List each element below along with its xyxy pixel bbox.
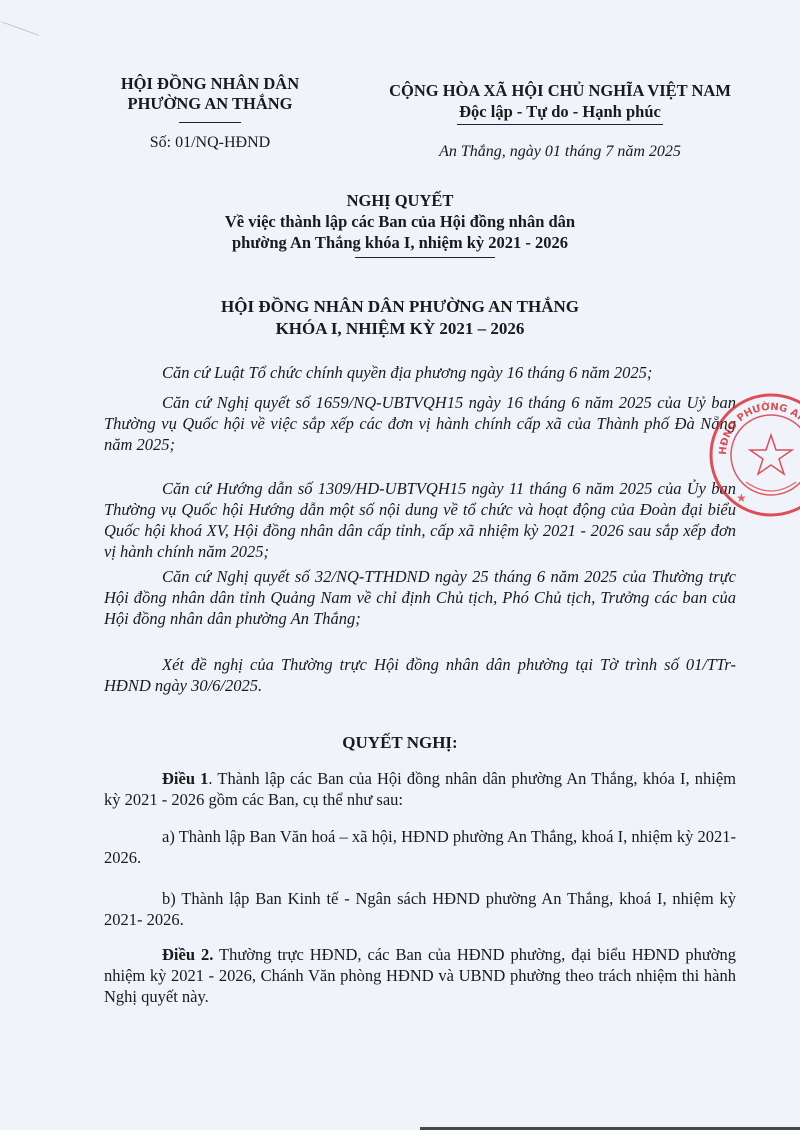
preamble-1: Căn cứ Luật Tổ chức chính quyền địa phươ… xyxy=(104,362,736,383)
authority-line1: HỘI ĐỒNG NHÂN DÂN xyxy=(110,74,310,94)
article-1-item-b: b) Thành lập Ban Kinh tế - Ngân sách HĐN… xyxy=(104,888,736,930)
place-date: An Thắng, ngày 01 tháng 7 năm 2025 xyxy=(370,141,750,162)
council-line2: KHÓA I, NHIỆM KỲ 2021 – 2026 xyxy=(150,318,650,340)
preamble-2: Căn cứ Nghị quyết số 1659/NQ-UBTVQH15 ng… xyxy=(104,392,736,455)
authority-underline xyxy=(179,122,241,123)
article-1-item-a: a) Thành lập Ban Văn hoá – xã hội, HĐND … xyxy=(104,826,736,868)
svg-text:★: ★ xyxy=(736,491,747,505)
resolve-heading: QUYẾT NGHỊ: xyxy=(150,733,650,753)
scan-artifact xyxy=(1,21,39,36)
title-underline xyxy=(355,257,495,258)
article-1: Điều 1. Thành lập các Ban của Hội đồng n… xyxy=(104,768,736,810)
preamble-4: Căn cứ Nghị quyết số 32/NQ-TTHDND ngày 2… xyxy=(104,566,736,629)
article-2: Điều 2. Thường trực HĐND, các Ban của HĐ… xyxy=(104,944,736,1007)
nation-name: CỘNG HÒA XÃ HỘI CHỦ NGHĨA VIỆT NAM xyxy=(370,80,750,101)
document-page: HỘI ĐỒNG NHÂN DÂN PHƯỜNG AN THẮNG Số: 01… xyxy=(0,0,800,1130)
article-2-label: Điều 2. xyxy=(162,945,213,964)
issuing-authority: HỘI ĐỒNG NHÂN DÂN PHƯỜNG AN THẮNG Số: 01… xyxy=(110,74,310,153)
council-heading: HỘI ĐỒNG NHÂN DÂN PHƯỜNG AN THẮNG KHÓA I… xyxy=(150,296,650,340)
doc-type: NGHỊ QUYẾT xyxy=(150,190,650,211)
authority-line2: PHƯỜNG AN THẮNG xyxy=(110,94,310,114)
preamble-5: Xét đề nghị của Thường trực Hội đồng nhâ… xyxy=(104,654,736,696)
subject-line2: phường An Thắng khóa I, nhiệm kỳ 2021 - … xyxy=(150,232,650,253)
document-number: Số: 01/NQ-HĐND xyxy=(110,133,310,153)
preamble-3: Căn cứ Hướng dẫn số 1309/HD-UBTVQH15 ngà… xyxy=(104,478,736,562)
national-motto: Độc lập - Tự do - Hạnh phúc xyxy=(457,101,663,125)
article-1-label: Điều 1 xyxy=(162,769,208,788)
national-header: CỘNG HÒA XÃ HỘI CHỦ NGHĨA VIỆT NAM Độc l… xyxy=(370,80,750,162)
document-title: NGHỊ QUYẾT Về việc thành lập các Ban của… xyxy=(150,190,650,258)
council-line1: HỘI ĐỒNG NHÂN DÂN PHƯỜNG AN THẮNG xyxy=(150,296,650,318)
official-seal-icon: HĐND PHƯỜNG AN THẮNG ★ xyxy=(706,390,800,520)
subject-line1: Về việc thành lập các Ban của Hội đồng n… xyxy=(150,211,650,232)
